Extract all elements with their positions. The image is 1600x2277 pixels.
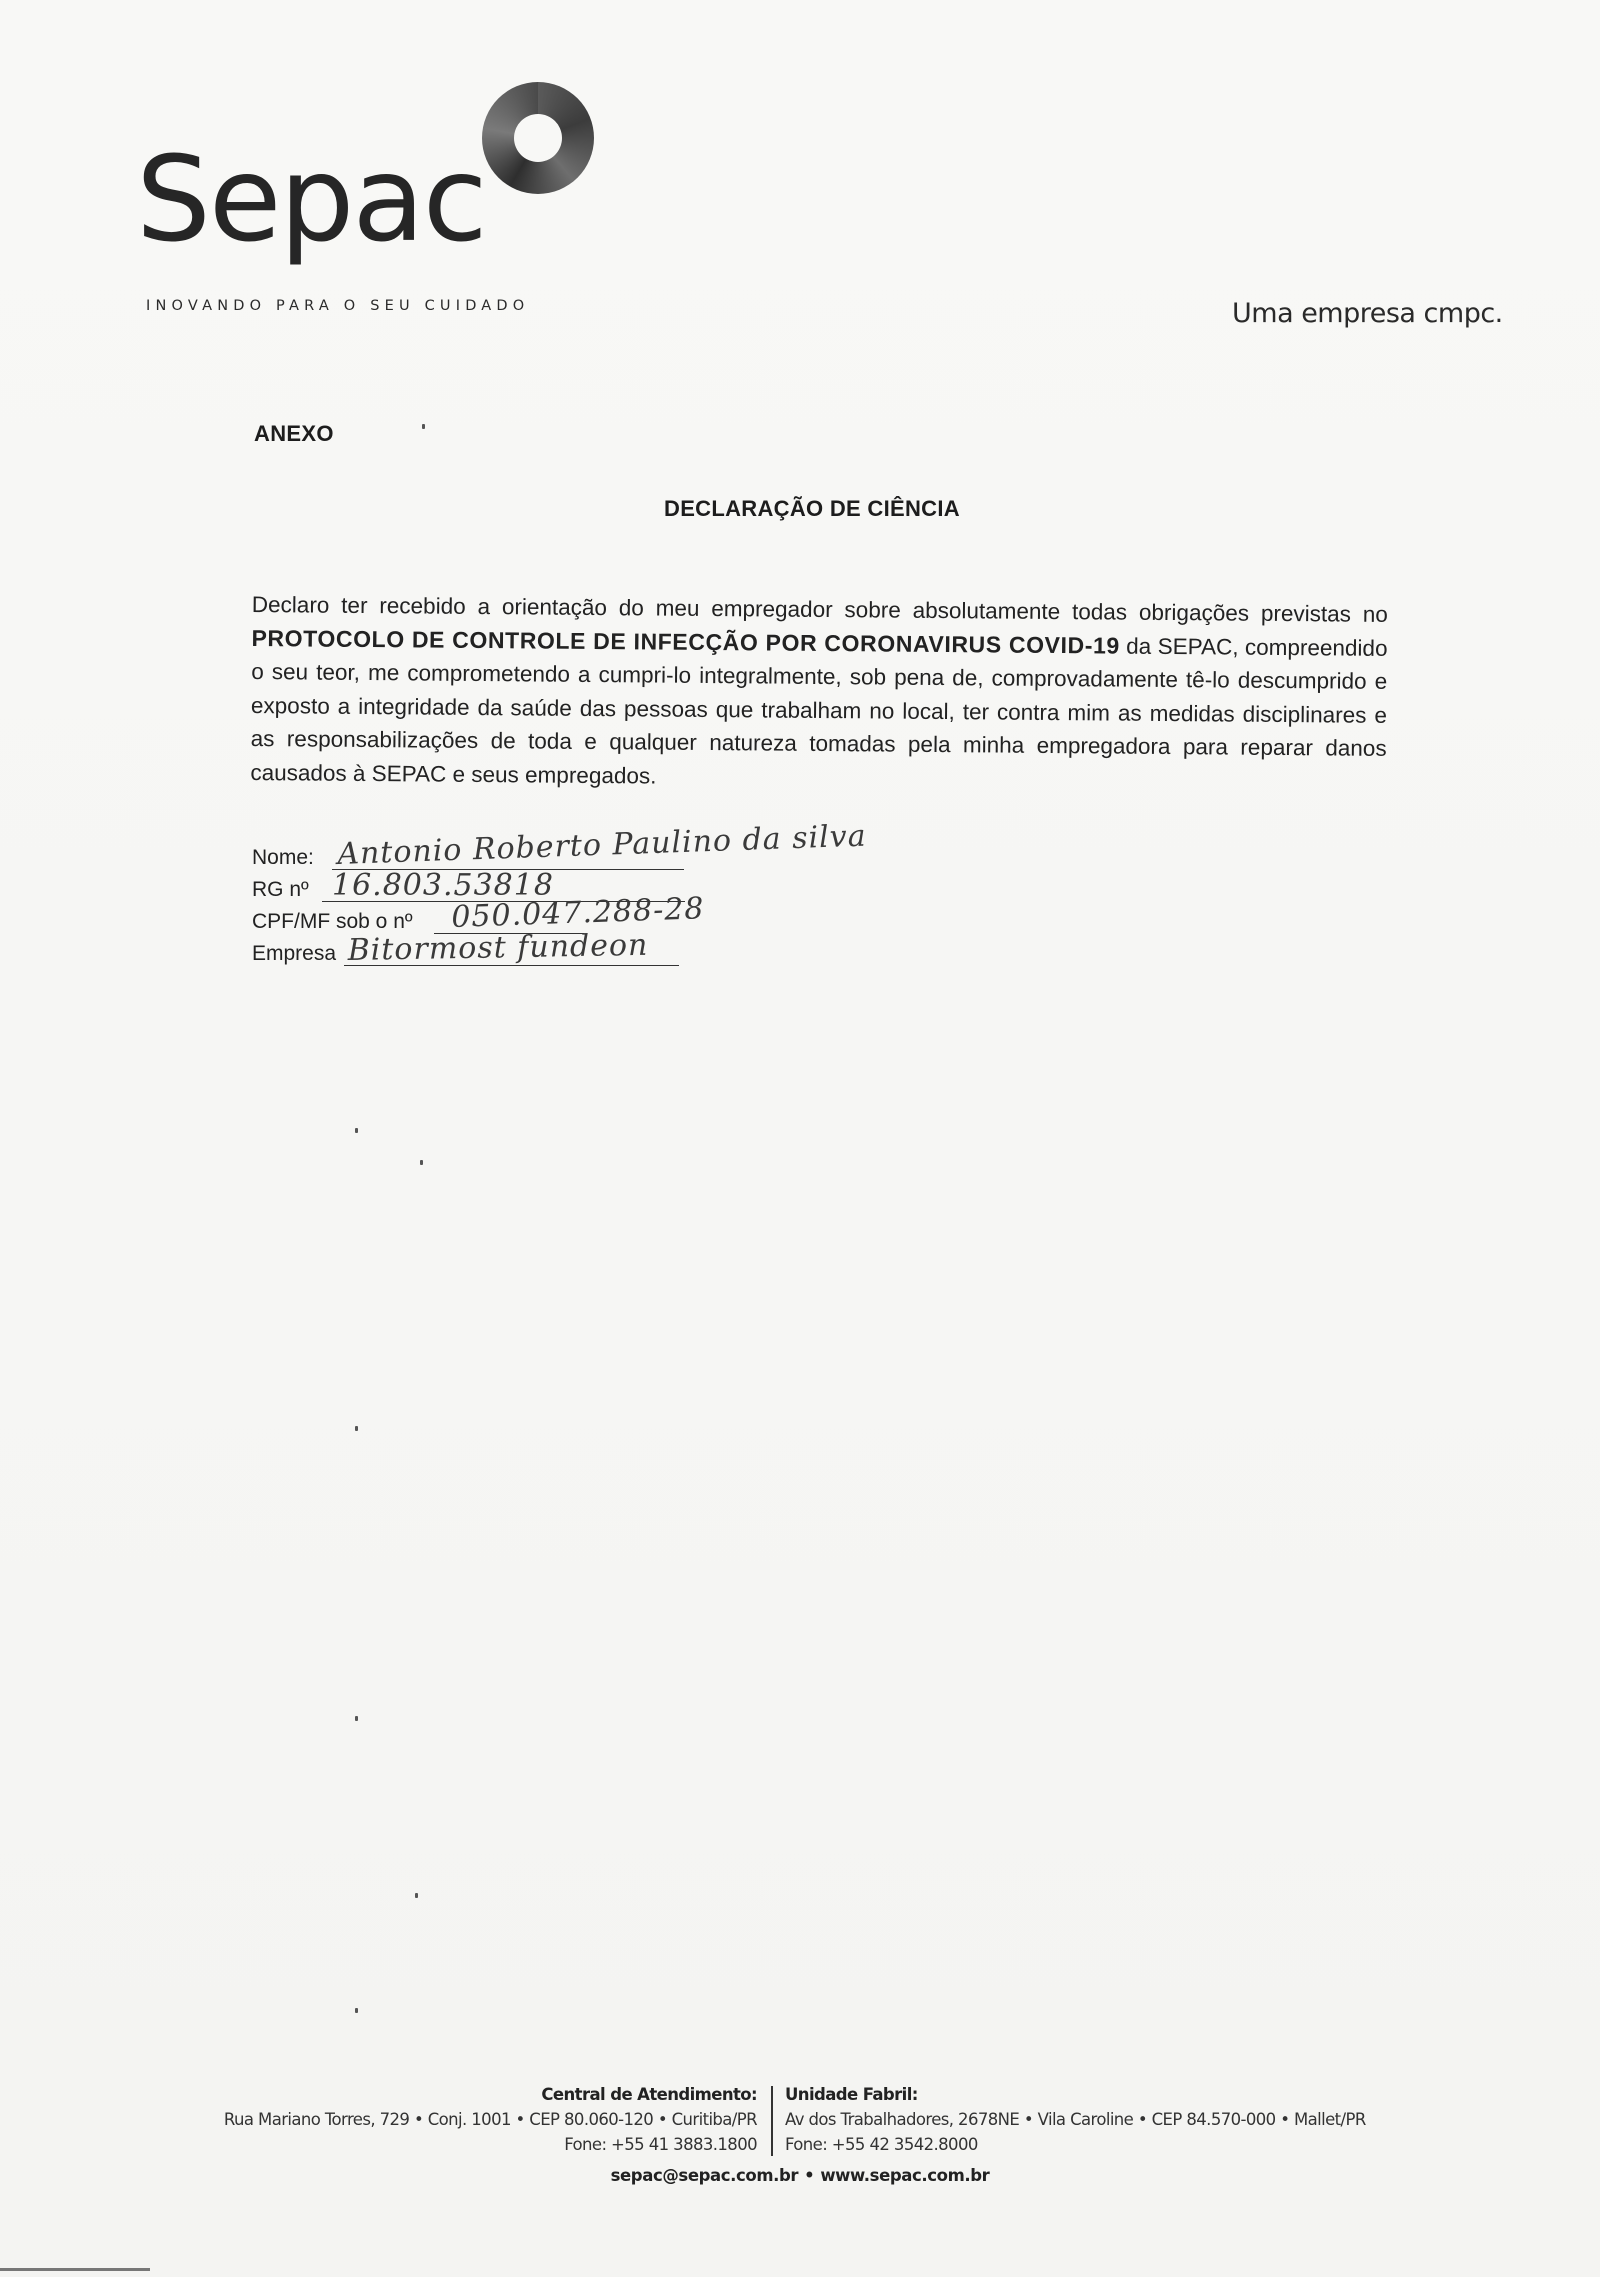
email-link[interactable]: sepac@sepac.com.br (611, 2166, 799, 2185)
protocol-name: PROTOCOLO DE CONTROLE DE INFECÇÃO POR CO… (251, 624, 1119, 658)
central-phone: Fone: +55 41 3883.1800 (224, 2132, 757, 2157)
scan-artifact (355, 1426, 358, 1431)
scan-artifact (355, 2008, 358, 2013)
name-label: Nome: (252, 846, 314, 870)
parent-company-text: Uma empresa cmpc. (1232, 298, 1503, 329)
name-handwritten-value: Antonio Roberto Paulino da silva (337, 819, 867, 872)
central-title: Central de Atendimento: (224, 2082, 757, 2107)
factory-phone: Fone: +55 42 3542.8000 (785, 2132, 1366, 2157)
scan-edge (0, 2268, 150, 2271)
central-address: Rua Mariano Torres, 729 • Conj. 1001 • C… (224, 2107, 757, 2132)
cpf-field: CPF/MF sob o nº 050.047.288-28 (252, 904, 1152, 936)
company-logo: Sepac (136, 140, 486, 258)
website-link[interactable]: www.sepac.com.br (820, 2166, 989, 2185)
scan-artifact (355, 1128, 358, 1133)
document-title: DECLARAÇÃO DE CIÊNCIA (0, 496, 1600, 522)
footer-separator: • (804, 2166, 814, 2185)
body-part-2: da SEPAC, compreendido o seu teor, me co… (250, 633, 1387, 788)
scanned-page: Sepac INOVANDO PARA O SEU CUIDADO Uma em… (0, 0, 1600, 2277)
scan-artifact (355, 1716, 358, 1721)
factory-title: Unidade Fabril: (785, 2082, 1366, 2107)
document-title-text: DECLARAÇÃO DE CIÊNCIA (664, 496, 960, 522)
factory-contact-block: Unidade Fabril: Av dos Trabalhadores, 26… (785, 2082, 1366, 2157)
scan-artifact (422, 424, 425, 429)
declaration-paragraph: Declaro ter recebido a orientação do meu… (250, 588, 1388, 799)
company-handwritten-value: Bitormost fundeon (347, 928, 648, 968)
company-field: Empresa Bitormost fundeon (252, 936, 1152, 968)
signature-form: Nome: Antonio Roberto Paulino da silva R… (252, 840, 1152, 968)
factory-address: Av dos Trabalhadores, 2678NE • Vila Caro… (785, 2107, 1366, 2132)
scan-artifact (415, 1893, 418, 1898)
footer-links: sepac@sepac.com.br•www.sepac.com.br (0, 2166, 1600, 2185)
scan-artifact (420, 1160, 423, 1165)
company-label: Empresa (252, 942, 336, 966)
central-contact-block: Central de Atendimento: Rua Mariano Torr… (224, 2082, 757, 2157)
annex-label: ANEXO (254, 421, 334, 447)
body-part-1: Declaro ter recebido a orientação do meu… (252, 592, 1388, 627)
footer-divider (771, 2086, 773, 2156)
rg-label: RG nº (252, 878, 309, 902)
ring-logo-icon (482, 82, 594, 194)
cpf-label: CPF/MF sob o nº (252, 910, 413, 934)
logo-tagline: INOVANDO PARA O SEU CUIDADO (146, 298, 529, 314)
